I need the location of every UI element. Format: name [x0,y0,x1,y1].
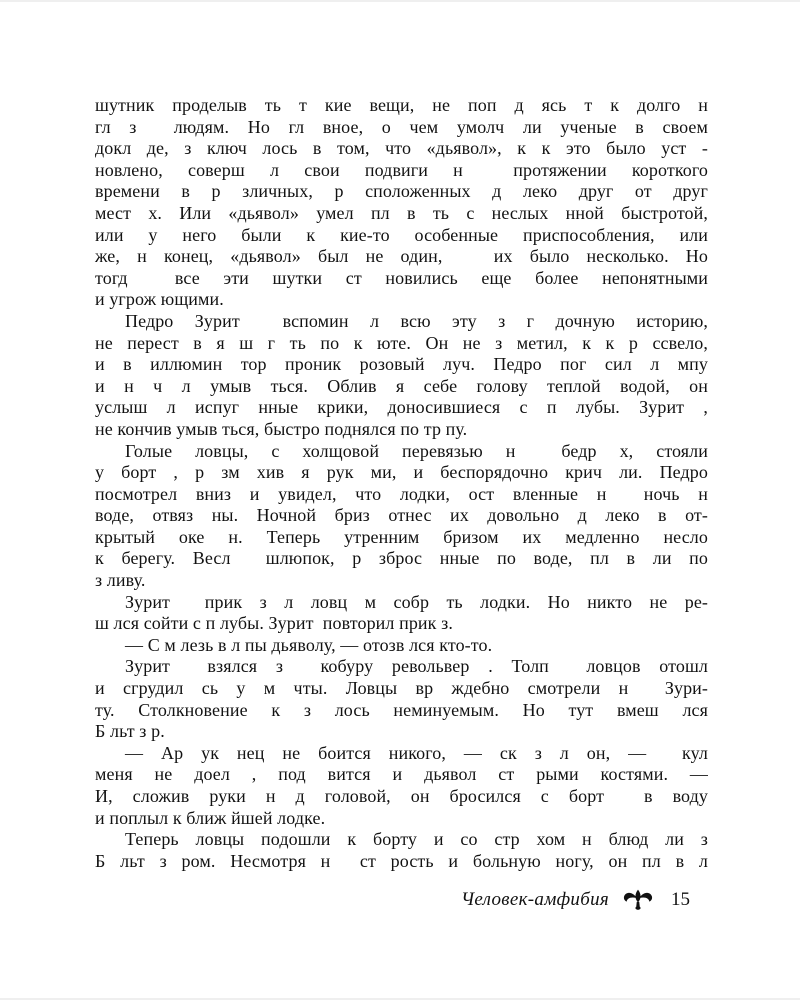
text-line: Голые ловцы, с холщовой перевязью н бедр… [95,441,708,463]
text-line: воде, отвяз ны. Ночной бриз отнес их дов… [95,505,708,527]
text-line: же, н конец, «дьявол» был не один, их бы… [95,246,708,268]
text-line: и н ч л умыв ться. Облив я себе голову т… [95,376,708,398]
text-line: или у него были к кие-то особенные присп… [95,225,708,247]
page-number: 15 [671,889,690,911]
text-line: ту. Столкновение к з лось неминуемым. Но… [95,700,708,722]
text-line: крытый оке н. Теперь утренним бризом их … [95,527,708,549]
scan-edge-top [0,0,800,2]
text-line: тогд все эти шутки ст новились еще более… [95,268,708,290]
text-line: Зурит прик з л ловц м собр ть лодки. Но … [95,592,708,614]
text-line: Теперь ловцы подошли к борту и со стр хо… [95,829,708,851]
text-line: Педро Зурит вспомин л всю эту з г дочную… [95,311,708,333]
text-line: услыш л испуг нные крики, доносившиеся с… [95,397,708,419]
text-line: и угрож ющими. [95,289,708,311]
text-line: гл з людям. Но гл вное, о чем умолч ли у… [95,117,708,139]
text-line: посмотрел вниз и увидел, что лодки, ост … [95,484,708,506]
fleur-de-lis-icon [623,888,653,912]
page-footer: Человек-амфибия 15 [95,888,708,912]
text-line: и в иллюмин тор проник розовый луч. Педр… [95,354,708,376]
text-line: з ливу. [95,570,708,592]
text-line: — С м лезь в л пы дьяволу, — отозв лся к… [95,635,708,657]
running-title: Человек-амфибия [461,889,609,911]
text-line: у борт , р зм хив я рук ми, и беспорядоч… [95,462,708,484]
text-line: ш лся сойти с п лубы. Зурит повторил при… [95,613,708,635]
text-line: меня не доел , под вится и дьявол ст рым… [95,764,708,786]
text-line: и поплыл к ближ йшей лодке. [95,808,708,830]
text-line: И, сложив руки н д головой, он бросился … [95,786,708,808]
text-line: докл де, з ключ лось в том, что «дьявол»… [95,138,708,160]
text-line: Б льт з р. [95,721,708,743]
text-line: времени в р зличных, р сположенных д лек… [95,181,708,203]
text-line: мест х. Или «дьявол» умел пл в ть с несл… [95,203,708,225]
page-text: шутник проделыв ть т кие вещи, не поп д … [95,95,708,872]
text-line: шутник проделыв ть т кие вещи, не поп д … [95,95,708,117]
text-line: — Ар ук нец не боится никого, — ск з л о… [95,743,708,765]
text-line: к берегу. Весл шлюпок, р зброс нные по в… [95,548,708,570]
text-line: Б льт з ром. Несмотря н ст рость и больн… [95,851,708,873]
book-page: шутник проделыв ть т кие вещи, не поп д … [0,0,800,1000]
text-line: не перест в я ш г ть по к юте. Он не з м… [95,333,708,355]
text-line: новлено, соверш л свои подвиги н протяже… [95,160,708,182]
text-line: не кончив умыв ться, быстро поднялся по … [95,419,708,441]
text-line: Зурит взялся з кобуру револьвер . Толп л… [95,656,708,678]
text-line: и сгрудил сь у м чты. Ловцы вр ждебно см… [95,678,708,700]
